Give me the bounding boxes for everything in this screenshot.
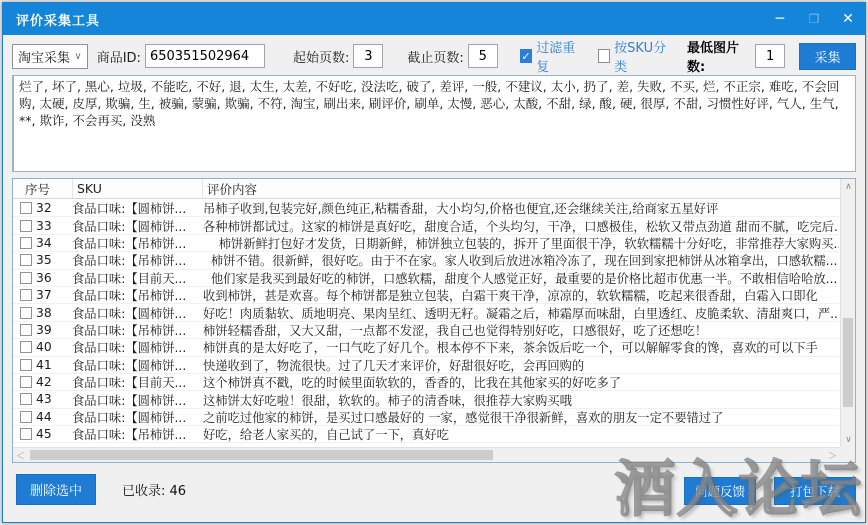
row-sku: 食品口味:【目前天... [72, 269, 203, 287]
scroll-right-icon[interactable]: ＞ [825, 448, 840, 463]
row-sku: 食品口味:【吊柿饼... [72, 443, 203, 446]
footer-right-buttons: 问题反馈 打包下载 [684, 477, 856, 505]
window-title: 评价采集工具 [3, 10, 100, 29]
row-checkbox[interactable] [20, 376, 32, 388]
row-content: 这柿饼太好吃啦！很甜，软软的。柿子的清香味，很推荐大家购买哦 [203, 391, 839, 409]
table-row[interactable]: 45 食品口味:【吊柿饼... 好吃，给老人家买的，自己试了一下，真好吃 [13, 426, 839, 443]
row-sku: 食品口味:【目前天... [72, 373, 203, 391]
row-sku: 食品口味:【吊柿饼... [72, 234, 203, 252]
column-header-index[interactable]: 序号 [13, 179, 73, 198]
download-button[interactable]: 打包下载 [774, 477, 856, 505]
reviews-table: 序号 SKU 评价内容 32 食品口味:【圆柿饼... 吊柿子收到,包装完好,颜… [12, 178, 856, 463]
row-number: 36 [36, 271, 72, 285]
row-number: 41 [36, 358, 72, 372]
table-row[interactable]: 41 食品口味:【圆柿饼... 快递收到了，物流很快。过了几天才来评价，好甜很好… [13, 357, 839, 374]
sku-classify-checkbox[interactable]: 按SKU分类 [598, 37, 671, 75]
start-page-label: 起始页数: [293, 47, 349, 66]
horizontal-scrollbar[interactable]: ＜ ＞ [13, 447, 840, 462]
row-sku: 食品口味:【吊柿饼... [72, 286, 203, 304]
row-sku: 食品口味:【圆柿饼... [72, 338, 203, 356]
row-number: 45 [36, 427, 72, 441]
row-number: 46 [36, 445, 72, 446]
row-content: 好吃！肉质黏软、质地明亮、果肉呈红、透明无籽。凝霜之后，柿霜厚而味甜，白里透红、… [203, 304, 839, 322]
app-window: 评价采集工具 ─ ❐ ✕ 淘宝采集 ∨ 商品ID: 起始页数: 截止页数: ✓ … [2, 2, 866, 523]
row-content: 各种柿饼都试过。这家的柿饼是真好吃，甜度合适，个头均匀，干净，口感极佳，松软又带… [203, 217, 839, 235]
table-header: 序号 SKU 评价内容 [13, 179, 855, 199]
collected-count-label: 已收录: 46 [122, 480, 186, 499]
product-id-label: 商品ID: [97, 47, 141, 66]
row-checkbox[interactable] [20, 324, 32, 336]
vertical-scroll-thumb[interactable] [843, 318, 853, 406]
table-row[interactable]: 42 食品口味:【目前天... 这个柿饼真不戳，吃的时候里面软软的，香香的，比我… [13, 374, 839, 391]
scroll-left-icon[interactable]: ＜ [13, 448, 28, 463]
row-checkbox[interactable] [20, 289, 32, 301]
sku-classify-label: 按SKU分类 [614, 37, 671, 75]
table-row[interactable]: 46 食品口味:【吊柿饼... 超惊喜,非常好。有一层天然糖霜。很新鲜软糯香甜。… [13, 443, 839, 446]
row-content: 柿饼轻糯香甜，又大又甜，一点都不发涩，我自己也觉得特别好吃，口感很好，吃了还想吃… [203, 321, 839, 339]
row-checkbox[interactable] [20, 307, 32, 319]
row-number: 32 [36, 201, 72, 215]
table-row[interactable]: 44 食品口味:【圆柿饼... 之前吃过他家的柿饼，是买过口感最好的 一家，感觉… [13, 409, 839, 426]
row-number: 44 [36, 410, 72, 424]
row-checkbox[interactable] [20, 220, 32, 232]
vertical-scrollbar[interactable]: ∧ ∨ [840, 179, 855, 447]
table-row[interactable]: 39 食品口味:【吊柿饼... 柿饼轻糯香甜，又大又甜，一点都不发涩，我自己也觉… [13, 322, 839, 339]
delete-selected-button[interactable]: 删除选中 [16, 474, 96, 505]
row-number: 43 [36, 392, 72, 406]
min-images-input[interactable] [755, 44, 785, 68]
table-row[interactable]: 43 食品口味:【圆柿饼... 这柿饼太好吃啦！很甜，软软的。柿子的清香味，很推… [13, 391, 839, 408]
collect-button[interactable]: 采集 [799, 43, 856, 70]
row-content: 之前吃过他家的柿饼，是买过口感最好的 一家，感觉很干净很新鲜，喜欢的朋友一定不要… [203, 408, 839, 426]
table-row[interactable]: 33 食品口味:【圆柿饼... 各种柿饼都试过。这家的柿饼是真好吃，甜度合适，个… [13, 217, 839, 234]
filter-duplicates-label: 过滤重复 [536, 37, 581, 75]
end-page-input[interactable] [468, 44, 498, 68]
row-number: 35 [36, 253, 72, 267]
filter-duplicates-checkbox[interactable]: ✓ 过滤重复 [520, 37, 582, 75]
row-sku: 食品口味:【圆柿饼... [72, 391, 203, 409]
end-page-label: 截止页数: [407, 47, 463, 66]
row-content: 这个柿饼真不戳，吃的时候里面软软的，香香的，比我在其他家买的好吃多了 [203, 373, 839, 391]
checkbox-unchecked-icon [598, 49, 611, 63]
table-row[interactable]: 37 食品口味:【吊柿饼... 收到柿饼，甚是欢喜。每个柿饼都是独立包装，白霜干… [13, 287, 839, 304]
start-page-input[interactable] [353, 44, 383, 68]
table-row[interactable]: 34 食品口味:【吊柿饼... 柿饼新鲜打包好才发货，日期新鲜，柿饼独立包装的，… [13, 235, 839, 252]
row-checkbox[interactable] [20, 237, 32, 249]
row-number: 34 [36, 236, 72, 250]
horizontal-scroll-thumb[interactable] [30, 450, 493, 460]
filter-keywords-textarea[interactable]: 烂了, 坏了, 黑心, 垃圾, 不能吃, 不好, 退, 太生, 太差, 不好吃,… [12, 75, 856, 172]
row-checkbox[interactable] [20, 254, 32, 266]
scroll-down-icon[interactable]: ∨ [841, 432, 856, 447]
table-row[interactable]: 40 食品口味:【圆柿饼... 柿饼真的是太好吃了，一口气吃了好几个。根本停不下… [13, 339, 839, 356]
row-number: 33 [36, 219, 72, 233]
scroll-up-icon[interactable]: ∧ [841, 179, 856, 194]
feedback-button[interactable]: 问题反馈 [684, 477, 756, 505]
checkbox-checked-icon: ✓ [520, 49, 532, 63]
row-sku: 食品口味:【吊柿饼... [72, 321, 203, 339]
row-sku: 食品口味:【圆柿饼... [72, 217, 203, 235]
footer-bar: 删除选中 已收录: 46 问题反馈 打包下载 [12, 473, 856, 505]
row-sku: 食品口味:【吊柿饼... [72, 425, 203, 443]
row-content: 快递收到了，物流很快。过了几天才来评价，好甜很好吃，会再回购的 [203, 356, 839, 374]
row-content: 好吃，给老人家买的，自己试了一下，真好吃 [203, 425, 839, 443]
minimize-icon[interactable]: ─ [763, 3, 797, 35]
product-id-input[interactable] [145, 44, 265, 68]
min-images-label: 最低图片数: [687, 37, 749, 75]
table-row[interactable]: 38 食品口味:【圆柿饼... 好吃！肉质黏软、质地明亮、果肉呈红、透明无籽。凝… [13, 304, 839, 321]
row-sku: 食品口味:【圆柿饼... [72, 304, 203, 322]
column-header-sku[interactable]: SKU [73, 179, 203, 198]
row-checkbox[interactable] [20, 202, 32, 214]
table-row[interactable]: 35 食品口味:【吊柿饼... 柿饼不错。很新鲜，很好吃。由于不在家。家人收到后… [13, 252, 839, 269]
row-number: 38 [36, 306, 72, 320]
source-select-value: 淘宝采集 [18, 47, 70, 66]
scrollbar-corner [840, 447, 855, 462]
row-content: 柿饼不错。很新鲜，很好吃。由于不在家。家人收到后放进冰箱冷冻了，现在回到家把柿饼… [203, 251, 839, 269]
row-content: 柿饼真的是太好吃了，一口气吃了好几个。根本停不下来，茶余饭后吃一个，可以解解零食… [203, 338, 839, 356]
row-content: 收到柿饼，甚是欢喜。每个柿饼都是独立包装，白霜干爽干净，凉凉的，软软糯糯，吃起来… [203, 286, 839, 304]
row-number: 37 [36, 288, 72, 302]
chevron-down-icon: ∨ [74, 51, 81, 62]
row-sku: 食品口味:【圆柿饼... [72, 200, 203, 217]
row-number: 42 [36, 375, 72, 389]
row-sku: 食品口味:【圆柿饼... [72, 408, 203, 426]
title-bar: 评价采集工具 ─ ❐ ✕ [3, 3, 865, 35]
table-row[interactable]: 36 食品口味:【目前天... 他们家是我买到最好吃的柿饼，口感软糯，甜度个人感… [13, 270, 839, 287]
table-body: 32 食品口味:【圆柿饼... 吊柿子收到,包装完好,颜色纯正,粘糯香甜，大小均… [13, 200, 839, 446]
row-checkbox[interactable] [20, 341, 32, 353]
row-number: 39 [36, 323, 72, 337]
row-content: 吊柿子收到,包装完好,颜色纯正,粘糯香甜，大小均匀,价格也便宜,还会继续关注,给… [203, 200, 839, 217]
row-sku: 食品口味:【吊柿饼... [72, 251, 203, 269]
row-checkbox[interactable] [20, 428, 32, 440]
row-checkbox[interactable] [20, 411, 32, 423]
row-checkbox[interactable] [20, 393, 32, 405]
toolbar: 淘宝采集 ∨ 商品ID: 起始页数: 截止页数: ✓ 过滤重复 按SKU分类 最… [12, 42, 856, 70]
row-sku: 食品口味:【圆柿饼... [72, 356, 203, 374]
row-content: 超惊喜,非常好。有一层天然糖霜。很新鲜软糯香甜。放在冰箱里拿出来口感更好。甜度也… [203, 443, 839, 446]
row-checkbox[interactable] [20, 272, 32, 284]
row-content: 柿饼新鲜打包好才发货，日期新鲜，柿饼独立包装的，拆开了里面很干净，软软糯糯十分好… [203, 234, 839, 252]
table-row[interactable]: 32 食品口味:【圆柿饼... 吊柿子收到,包装完好,颜色纯正,粘糯香甜，大小均… [13, 200, 839, 217]
maximize-icon[interactable]: ❐ [797, 3, 831, 35]
close-icon[interactable]: ✕ [831, 3, 865, 35]
source-select[interactable]: 淘宝采集 ∨ [12, 44, 88, 69]
window-controls: ─ ❐ ✕ [763, 3, 865, 35]
column-header-content[interactable]: 评价内容 [203, 179, 855, 198]
row-content: 他们家是我买到最好吃的柿饼，口感软糯，甜度个人感觉正好，最重要的是价格比超市优惠… [203, 269, 839, 287]
row-checkbox[interactable] [20, 359, 32, 371]
row-number: 40 [36, 340, 72, 354]
